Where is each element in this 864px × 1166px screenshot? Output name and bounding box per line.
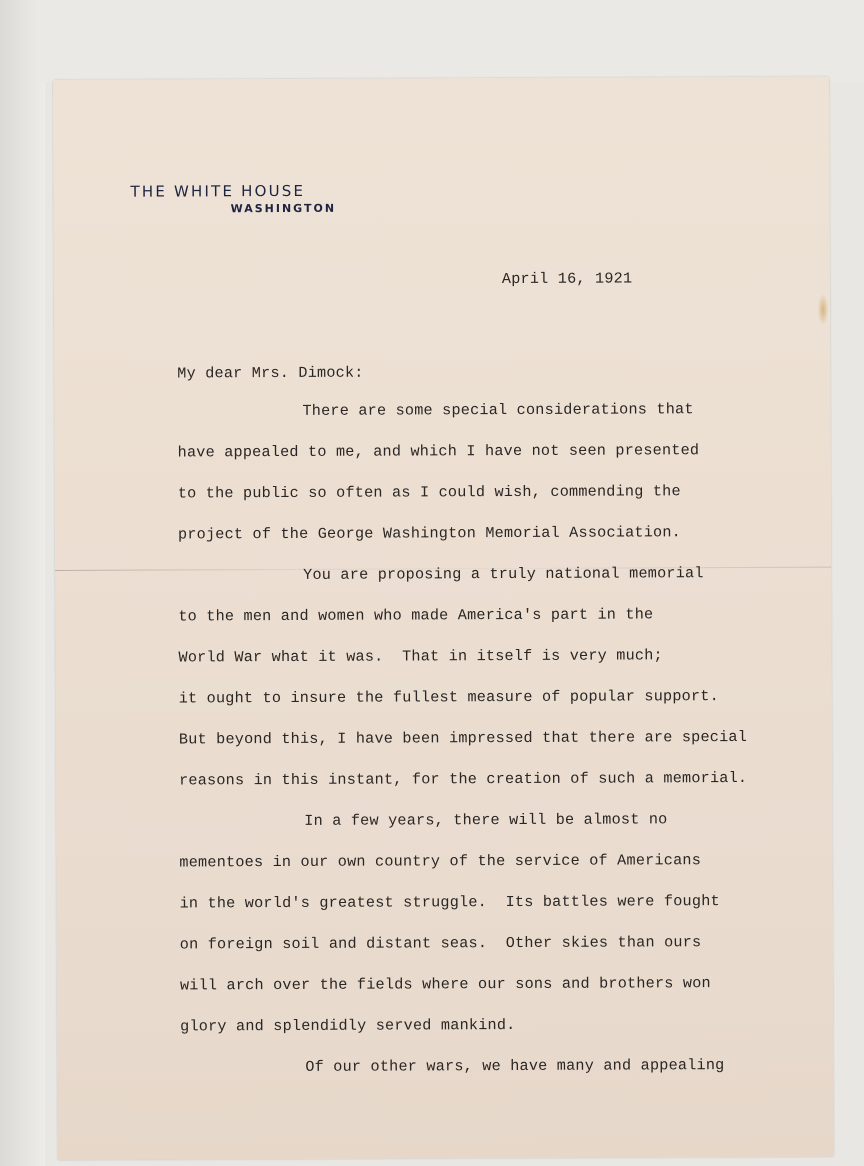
body-line: reasons in this instant, for the creatio… [179,769,747,789]
body-line: on foreign soil and distant seas. Other … [180,933,702,953]
paper-stain [818,295,828,325]
body-line: Of our other wars, we have many and appe… [180,1056,724,1076]
letter-paper: THE WHITE HOUSE WASHINGTON April 16, 192… [53,77,834,1160]
body-line: World War what it was. That in itself is… [178,646,662,666]
body-line: to the public so often as I could wish, … [178,482,681,502]
body-line: mementoes in our own country of the serv… [179,851,701,871]
letterhead: THE WHITE HOUSE WASHINGTON [130,182,336,216]
body-line: You are proposing a truly national memor… [178,564,704,584]
body-line: it ought to insure the fullest measure o… [179,687,719,707]
backdrop-top [40,0,864,82]
body-line: in the world's greatest struggle. Its ba… [180,892,720,912]
body-line: But beyond this, I have been impressed t… [179,728,747,748]
letterhead-subtitle: WASHINGTON [231,202,337,215]
body-line: There are some special considerations th… [177,400,693,420]
letter-salutation: My dear Mrs. Dimock: [177,364,363,383]
body-line: In a few years, there will be almost no [179,810,667,830]
letter-date: April 16, 1921 [502,269,632,288]
body-line: glory and splendidly served mankind. [180,1016,515,1035]
letterhead-title: THE WHITE HOUSE [130,182,336,201]
body-line: have appealed to me, and which I have no… [178,441,700,461]
body-line: to the men and women who made America's … [178,605,653,625]
backdrop-left-edge [0,0,45,1166]
body-line: will arch over the fields where our sons… [180,974,711,994]
body-line: project of the George Washington Memoria… [178,523,681,543]
